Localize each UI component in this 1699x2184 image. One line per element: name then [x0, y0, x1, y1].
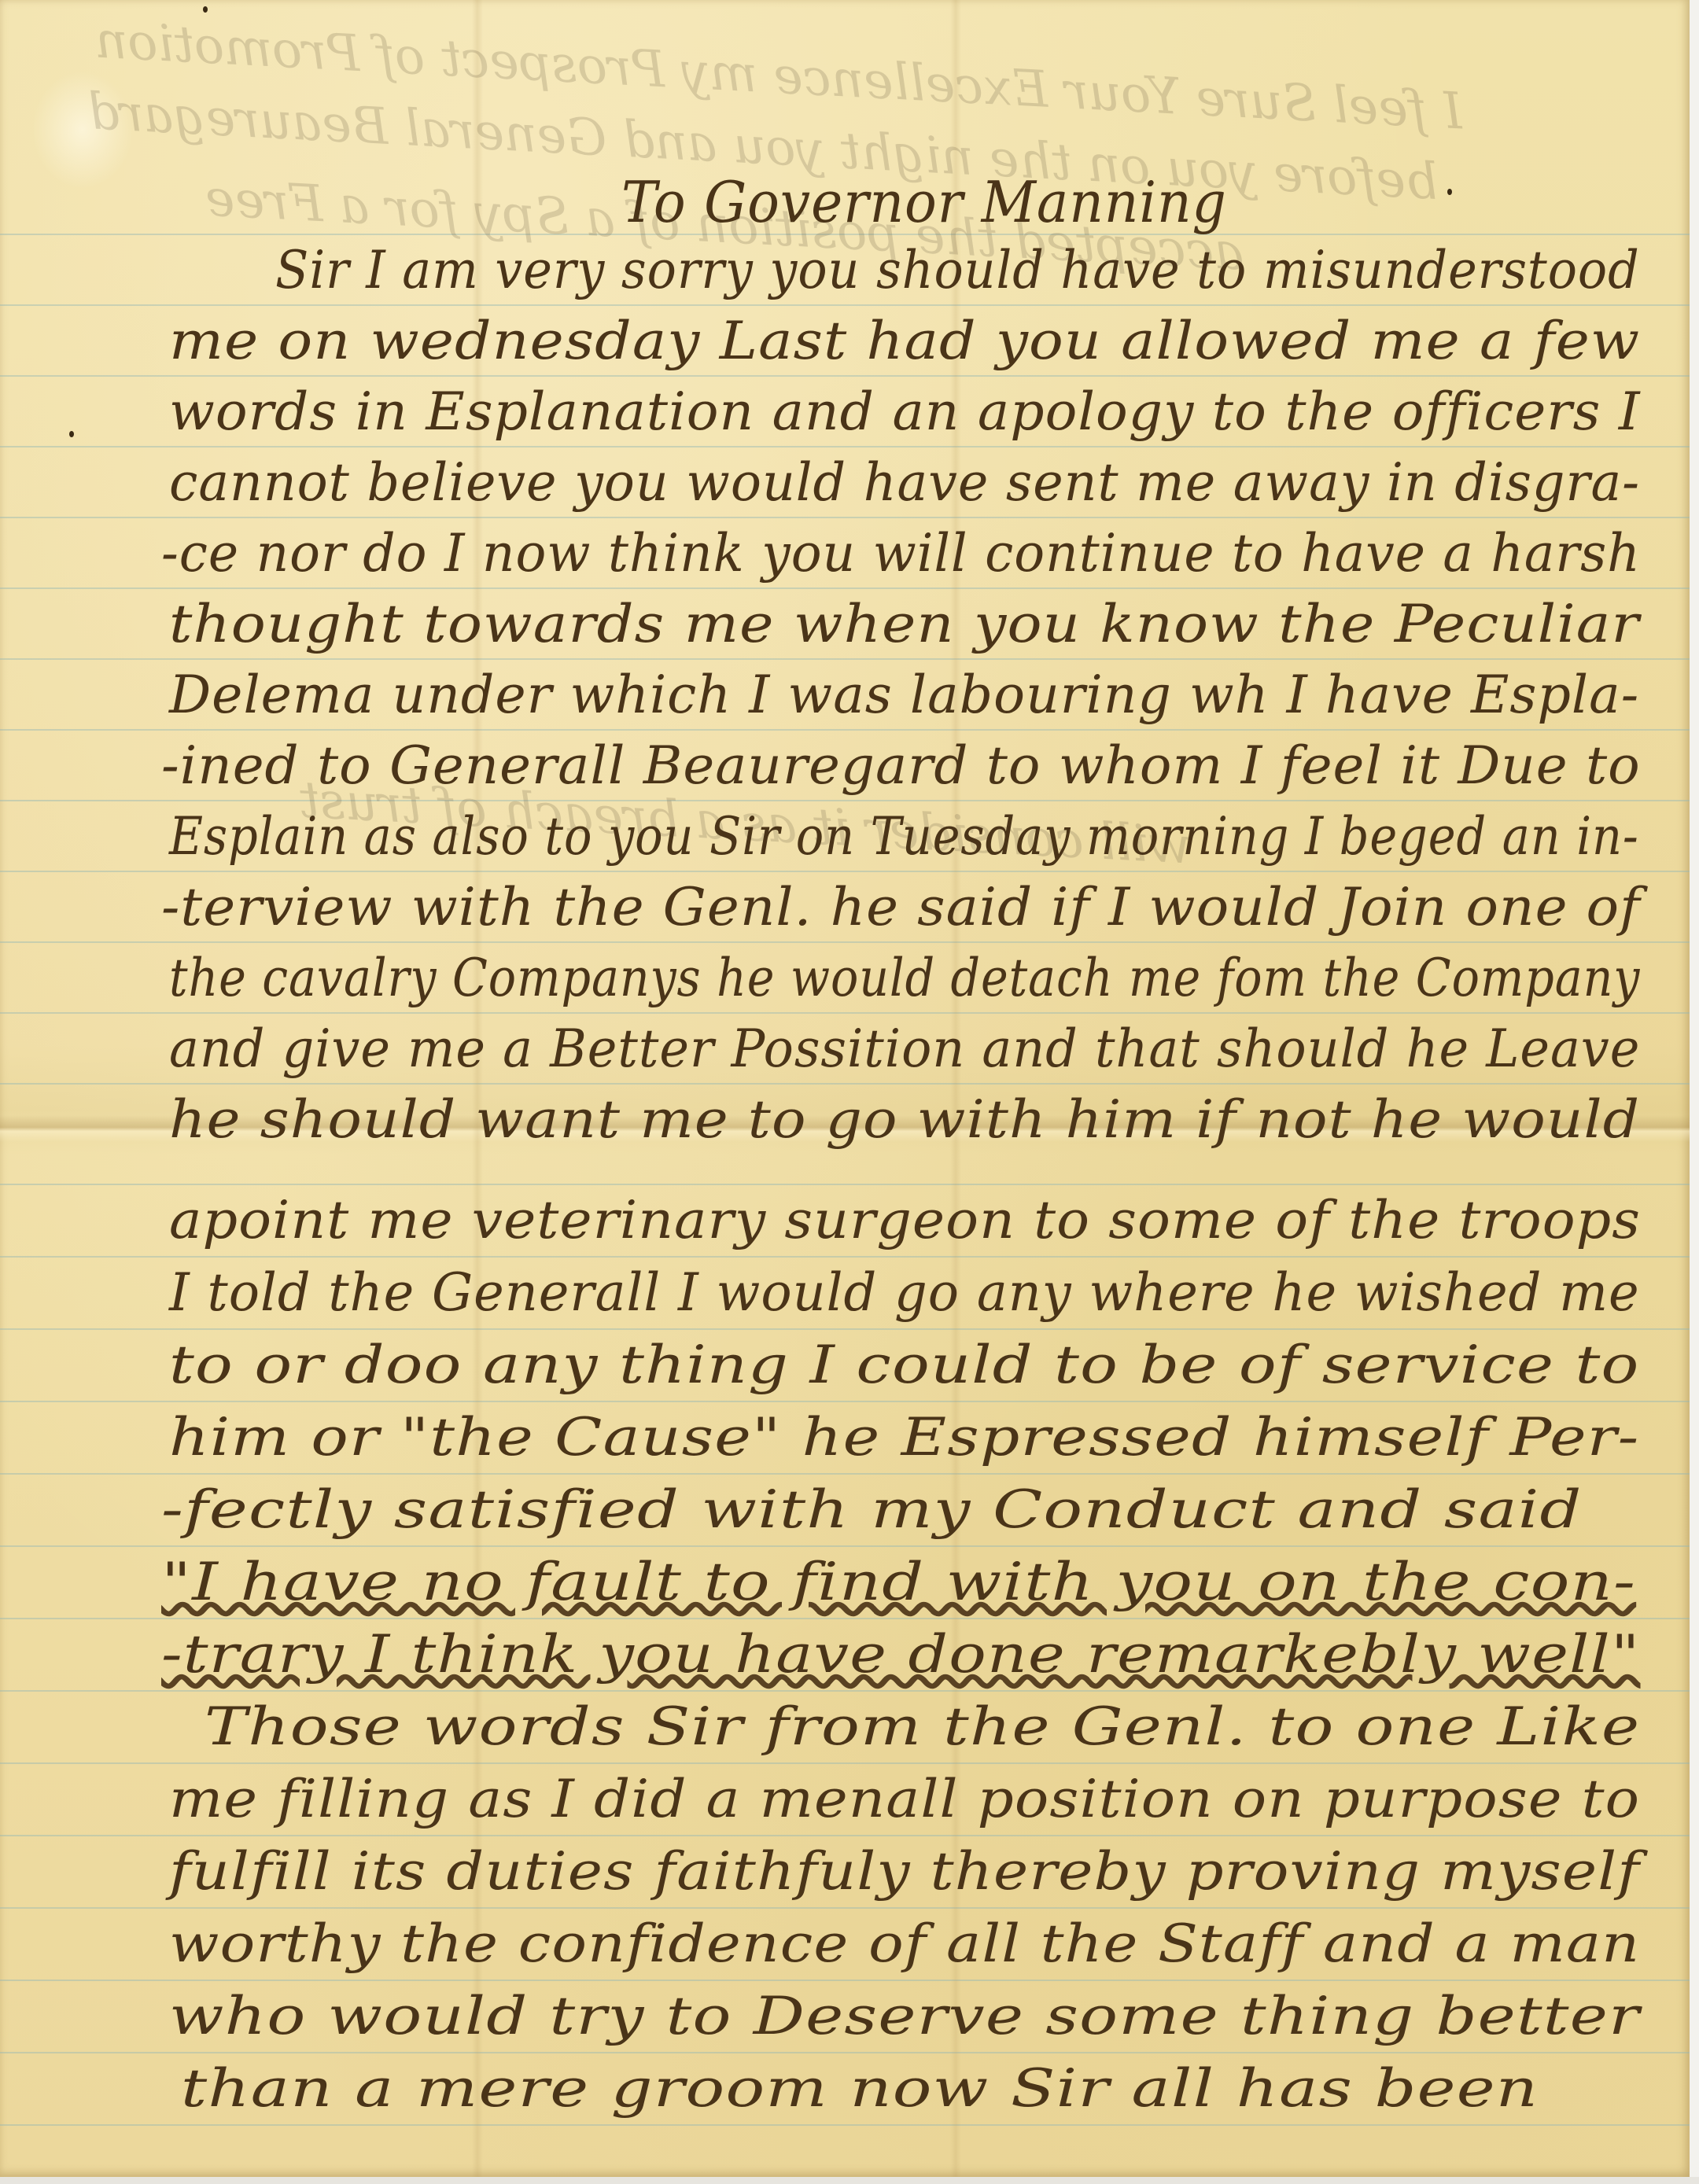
ruled-line: [0, 1907, 1690, 1909]
ruled-line: [0, 729, 1690, 731]
ruled-line: [0, 1328, 1690, 1330]
ruled-line: [0, 1980, 1690, 1981]
ruled-line: [0, 1762, 1690, 1764]
letter-line: words in Esplanation and an apology to t…: [169, 381, 1641, 442]
letter-line: who would try to Deserve some thing bett…: [169, 1986, 1640, 2046]
letter-line: worthy the confidence of all the Staff a…: [169, 1913, 1640, 1974]
ruled-line: [0, 1401, 1690, 1402]
ruled-line: [0, 375, 1690, 377]
letter-line: Those words Sir from the Genl. to one Li…: [205, 1696, 1640, 1757]
ruled-line: [0, 2124, 1690, 2126]
page-edge-right: [1690, 0, 1699, 2184]
letter-line: -fectly satisfied with my Conduct and sa…: [161, 1479, 1583, 1540]
letter-line: apoint me veterinary surgeon to some of …: [169, 1190, 1641, 1250]
page-edge-bottom: [0, 2177, 1699, 2184]
ruled-line: [0, 1545, 1690, 1547]
letter-line: the cavalry Companys he would detach me …: [169, 948, 1640, 1008]
letter-line-underlined-quote: "I have no fault to find with you on the…: [161, 1552, 1636, 1612]
letter-line-underlined-quote: -trary I think you have done remarkebly …: [161, 1624, 1641, 1685]
letter-line: Sir I am very sorry you should have to m…: [275, 240, 1640, 300]
letter-line: Esplain as also to you Sir on Tuesday mo…: [169, 806, 1639, 867]
letter-line: -ined to Generall Beauregard to whom I f…: [161, 735, 1641, 796]
letter-line: me on wednesday Last had you allowed me …: [169, 311, 1640, 371]
ruled-line: [0, 304, 1690, 306]
letter-line: -ce nor do I now think you will continue…: [161, 523, 1641, 584]
letter-line: cannot believe you would have sent me aw…: [169, 452, 1640, 513]
ruled-line: [0, 871, 1690, 872]
ruled-line: [0, 1835, 1690, 1836]
ink-speck: [1447, 189, 1452, 195]
letter-salutation-heading: To Governor Manning: [621, 169, 1227, 235]
ruled-line: [0, 658, 1690, 660]
ruled-line: [0, 1690, 1690, 1692]
ruled-line: [0, 941, 1690, 943]
letter-line: him or "the Cause" he Espressed himself …: [169, 1407, 1639, 1468]
ink-speck: [69, 431, 74, 437]
ruled-line: [0, 1184, 1690, 1185]
letter-line: fulfill its duties faithfuly thereby pro…: [169, 1841, 1640, 1902]
ink-speck: [203, 6, 208, 13]
ruled-line: [0, 1618, 1690, 1619]
letter-line: -terview with the Genl. he said if I wou…: [161, 877, 1641, 937]
letter-line: and give me a Better Possition and that …: [169, 1018, 1640, 1079]
ruled-line: [0, 1083, 1690, 1085]
ruled-line: [0, 1256, 1690, 1258]
ruled-line: [0, 2052, 1690, 2053]
letter-line: I told the Generall I would go any where…: [169, 1262, 1640, 1323]
letter-line: me filling as I did a menall position on…: [169, 1769, 1640, 1829]
ruled-line: [0, 517, 1690, 518]
letter-line: to or doo any thing I could to be of ser…: [169, 1335, 1639, 1395]
ruled-line: [0, 446, 1690, 447]
letter-line: he should want me to go with him if not …: [169, 1089, 1640, 1150]
ruled-line: [0, 1012, 1690, 1014]
ruled-line: [0, 1473, 1690, 1475]
letter-line: Delema under which I was labouring wh I …: [169, 665, 1639, 725]
letter-line: thought towards me when you know the Pec…: [169, 594, 1640, 654]
ruled-line: [0, 587, 1690, 589]
letter-line: than a mere groom now Sir all has been: [181, 2058, 1539, 2119]
